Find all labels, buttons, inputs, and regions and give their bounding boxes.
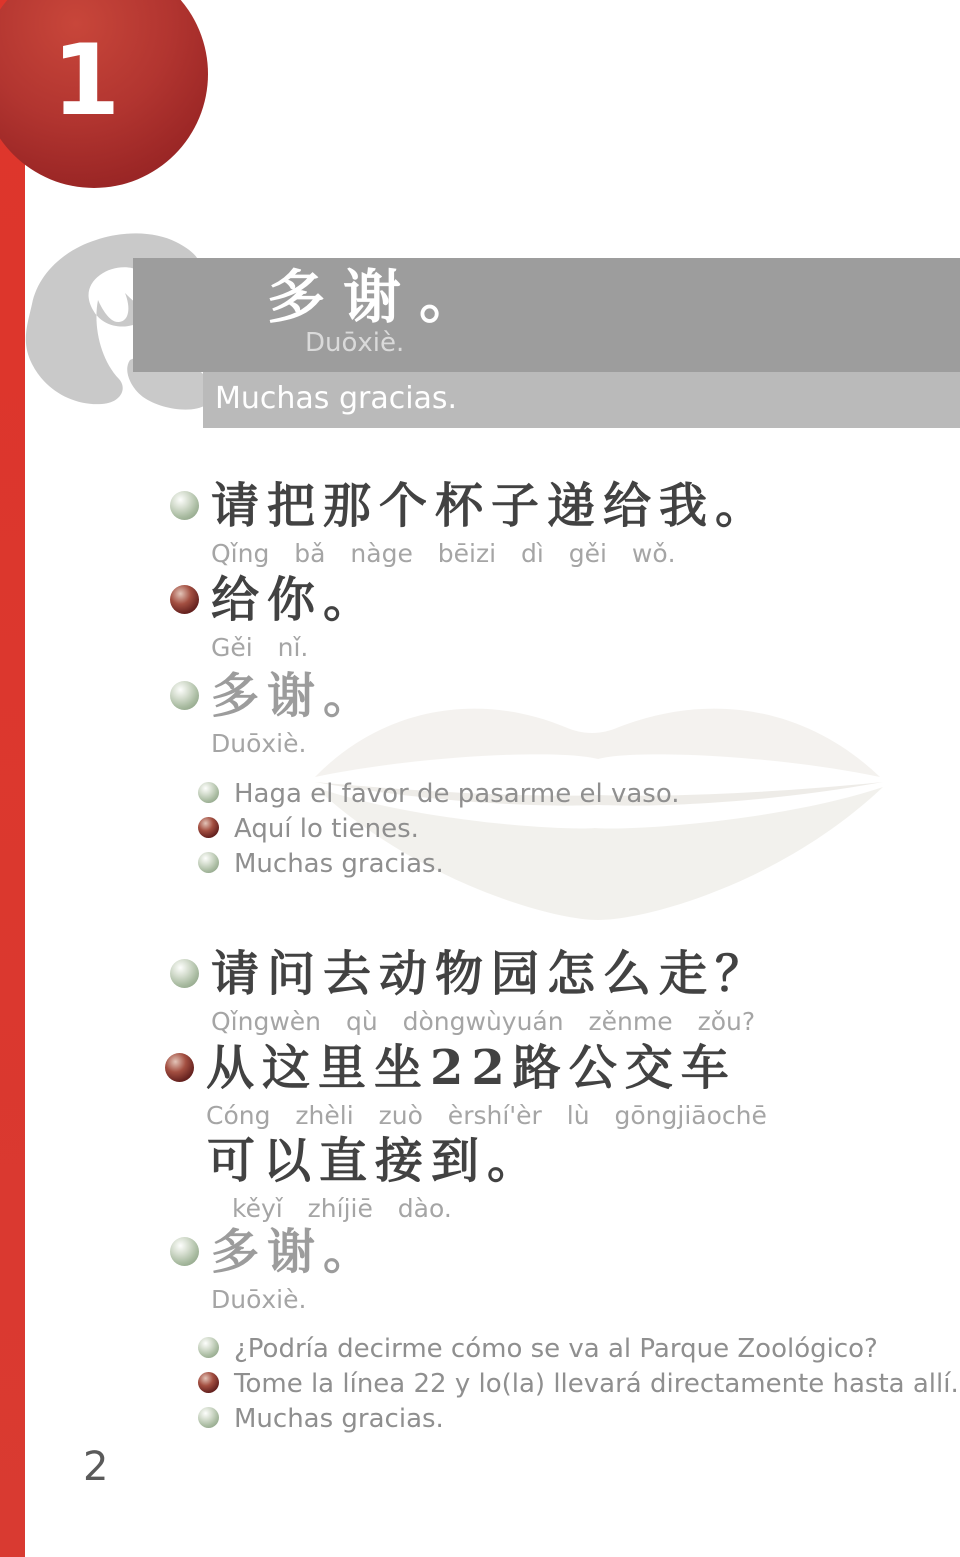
dialogue1-translation-1: Haga el favor de pasarme el vaso. [198,779,680,809]
dialogue2-line-2: 从这里坐22路公交车 Cóng zhèli zuò èrshí'èr lù gō… [165,1040,767,1130]
pinyin-line: Cóng zhèli zuò èrshí'èr lù gōngjiāochē [206,1101,767,1130]
page-number: 2 [83,1444,108,1490]
dialogue1-line-2: 给你。 Gěi nǐ. [170,572,379,662]
chinese-sentence: 请把那个杯子递给我。 [211,478,771,534]
dialogue2-line-3: 可以直接到。 kěyǐ zhíjiē dào. [207,1133,543,1223]
spanish-sentence: Haga el favor de pasarme el vaso. [234,779,680,809]
dialogue1-line-1: 请把那个杯子递给我。 Qǐng bǎ nàge bēizi dì gěi wǒ. [170,478,771,568]
speaker-b-dot-icon [165,1053,194,1082]
spanish-sentence: Aquí lo tienes. [234,814,419,844]
unit-number: 1 [52,32,120,130]
chinese-sentence: 从这里坐22路公交车 [206,1040,767,1096]
speaker-b-dot-icon [170,585,199,614]
chinese-sentence: 可以直接到。 [207,1133,543,1189]
lesson-title-banner: 多谢。 Duōxiè. [133,258,960,372]
pinyin-line: Qǐng bǎ nàge bēizi dì gěi wǒ. [211,539,771,568]
pinyin-line: Duōxiè. [211,729,379,758]
lesson-title-translation-banner: Muchas gracias. [203,372,960,428]
lesson-title-spanish: Muchas gracias. [203,372,960,426]
speaker-a-dot-icon [170,959,199,988]
spanish-sentence: Muchas gracias. [234,849,444,879]
speaker-a-dot-icon [198,1407,219,1428]
lesson-title-chinese: 多谢。 [267,264,960,330]
dialogue2-translation-3: Muchas gracias. [198,1404,444,1434]
chinese-sentence: 多谢。 [211,668,379,724]
dialogue1-translation-3: Muchas gracias. [198,849,444,879]
pinyin-line: Gěi nǐ. [211,633,379,662]
dialogue2-translation-1: ¿Podría decirme cómo se va al Parque Zoo… [198,1334,878,1364]
speaker-a-dot-icon [170,1237,199,1266]
chinese-sentence: 给你。 [211,572,379,628]
pinyin-line: kěyǐ zhíjiē dào. [232,1194,543,1223]
speaker-a-dot-icon [170,681,199,710]
dialogue2-translation-2: Tome la línea 22 y lo(la) llevará direct… [198,1369,959,1399]
chinese-sentence: 多谢。 [211,1224,379,1280]
spanish-sentence: Tome la línea 22 y lo(la) llevará direct… [234,1369,959,1399]
textbook-page: 多谢。 Duōxiè. Muchas gracias. 1 请把那个杯子递给我。… [0,0,960,1557]
dialogue1-translation-2: Aquí lo tienes. [198,814,419,844]
speaker-b-dot-icon [198,1372,219,1393]
speaker-a-dot-icon [198,1337,219,1358]
dialogue2-line-4: 多谢。 Duōxiè. [170,1224,379,1314]
dialogue2-line-1: 请问去动物园怎么走？ Qǐngwèn qù dòngwùyuán zěnme z… [170,946,771,1036]
pinyin-line: Qǐngwèn qù dòngwùyuán zěnme zǒu? [211,1007,771,1036]
speaker-a-dot-icon [198,782,219,803]
lesson-title-pinyin: Duōxiè. [305,328,960,358]
pinyin-line: Duōxiè. [211,1285,379,1314]
spanish-sentence: Muchas gracias. [234,1404,444,1434]
speaker-b-dot-icon [198,817,219,838]
speaker-a-dot-icon [198,852,219,873]
spanish-sentence: ¿Podría decirme cómo se va al Parque Zoo… [234,1334,878,1364]
chinese-sentence: 请问去动物园怎么走？ [211,946,771,1002]
unit-number-badge: 1 [0,0,208,188]
dialogue1-line-3: 多谢。 Duōxiè. [170,668,379,758]
speaker-a-dot-icon [170,491,199,520]
